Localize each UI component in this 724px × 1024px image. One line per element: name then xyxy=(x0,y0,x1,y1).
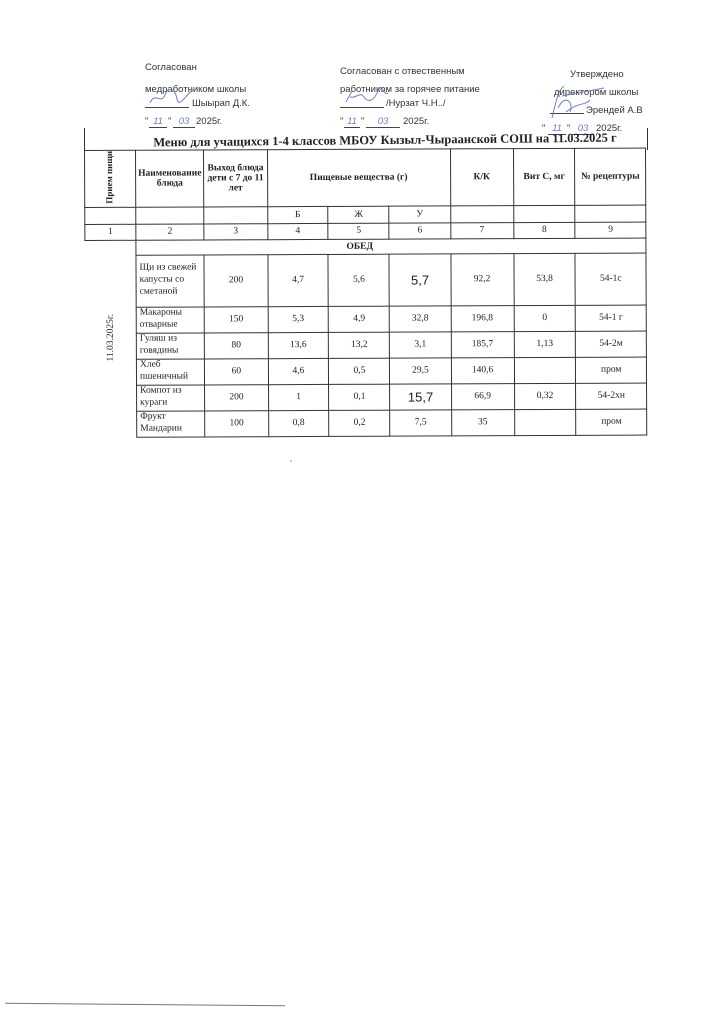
subheader-fat: Ж xyxy=(328,206,389,223)
recipe-number: 54-2хн xyxy=(576,383,647,409)
fat: 4,9 xyxy=(329,306,390,332)
vitamin-c xyxy=(514,357,576,383)
fat: 13,2 xyxy=(329,332,390,358)
recipe-number: 54-2м xyxy=(576,331,647,357)
table-row: Компот из кураги 200 1 0,1 15,7 66,9 0,3… xyxy=(86,383,647,411)
header-row: Прием пищи Наименование блюда Выход блюд… xyxy=(85,148,646,207)
fat: 0,2 xyxy=(329,410,390,436)
protein: 4,6 xyxy=(268,358,329,384)
carbs: 32,8 xyxy=(390,306,451,332)
dish-name: Макароны отварные xyxy=(136,307,204,333)
table-row: Макароны отварные 150 5,3 4,9 32,8 196,8… xyxy=(85,305,646,333)
col-header-meal: Прием пищи xyxy=(85,150,136,207)
signature-icon xyxy=(544,82,614,122)
col-header-nutrients: Пищевые вещества (г) xyxy=(267,149,450,207)
approval-label: Утверждено xyxy=(570,70,624,80)
recipe-number: пром xyxy=(576,357,647,383)
column-number: 7 xyxy=(450,222,513,238)
protein: 4,7 xyxy=(267,254,328,306)
column-number: 3 xyxy=(204,223,267,239)
column-number: 2 xyxy=(136,224,204,240)
meal-date: 11.03.2025г. xyxy=(85,240,137,437)
approval-name: Шыырап Д.К. xyxy=(192,99,250,109)
menu-table: Прием пищи Наименование блюда Выход блюд… xyxy=(84,148,647,438)
recipe-number: пром xyxy=(576,409,647,435)
recipe-number: 54-1 г xyxy=(576,305,647,331)
protein: 1 xyxy=(268,384,329,410)
date-year: 2025г. xyxy=(196,117,222,127)
column-number: 4 xyxy=(267,223,328,239)
protein: 13,6 xyxy=(268,332,329,358)
dish-name: Щи из свежей капусты со сметаной xyxy=(136,255,205,307)
portion: 100 xyxy=(205,410,268,436)
table-row: Фрукт Мандарин 100 0,8 0,2 7,5 35 пром xyxy=(86,409,647,437)
date-month: 03 xyxy=(173,117,195,128)
col-header-dish: Наименование блюда xyxy=(136,150,205,207)
kcal: 35 xyxy=(451,409,514,435)
kcal: 140,6 xyxy=(451,357,514,383)
subheader-carbs: У xyxy=(389,206,450,223)
date-month: 03 xyxy=(366,117,400,128)
date-year: 2025г. xyxy=(403,117,429,127)
column-number: 6 xyxy=(389,223,450,239)
column-number: 1 xyxy=(85,224,136,240)
dish-name: Компот из кураги xyxy=(137,385,205,411)
col-header-recipe: № рецептуры xyxy=(575,148,646,205)
table-row: Гуляш из говядины 80 13,6 13,2 3,1 185,7… xyxy=(85,331,646,359)
approval-name: Эрендей А.В xyxy=(586,106,643,116)
carbs: 29,5 xyxy=(390,358,451,384)
signature-icon xyxy=(342,87,390,109)
protein: 5,3 xyxy=(268,306,329,332)
dish-name: Хлеб пшеничный xyxy=(136,359,204,385)
carbs: 5,7 xyxy=(389,254,450,306)
approval-label: Согласован xyxy=(145,63,197,73)
col-header-portion: Выход блюда дети с 7 до 11 лет xyxy=(204,150,267,207)
column-number: 9 xyxy=(575,222,646,238)
portion: 150 xyxy=(205,306,268,332)
fat: 0,5 xyxy=(329,358,390,384)
approval-food-officer: Согласован с отвественным работником за … xyxy=(340,67,530,133)
portion: 200 xyxy=(205,384,268,410)
kcal: 66,9 xyxy=(451,383,514,409)
vitamin-c: 0,32 xyxy=(514,383,576,409)
vitamin-c xyxy=(514,409,576,435)
portion: 60 xyxy=(205,358,268,384)
scan-speck xyxy=(290,460,292,462)
approval-director: Утверждено директором школы Эрендей А.В … xyxy=(540,70,670,134)
vitamin-c: 53,8 xyxy=(514,253,576,305)
bottom-rule xyxy=(5,1003,285,1006)
table-row: Хлеб пшеничный 60 4,6 0,5 29,5 140,6 про… xyxy=(85,357,646,385)
table-row: Щи из свежей капусты со сметаной 200 4,7… xyxy=(85,253,646,307)
approval-medical: Согласован медработником школы Шыырап Д.… xyxy=(145,63,325,133)
carbs: 3,1 xyxy=(390,332,451,358)
vitamin-c: 0 xyxy=(514,305,576,331)
column-number: 5 xyxy=(328,223,389,239)
recipe-number: 54-1с xyxy=(575,253,646,305)
portion: 80 xyxy=(205,332,268,358)
approval-name: /Нурзат Ч.Н../ xyxy=(386,99,446,109)
col-header-vitc: Вит С, мг xyxy=(513,148,575,205)
kcal: 185,7 xyxy=(451,331,514,357)
carbs: 15,7 xyxy=(390,384,451,410)
carbs: 7,5 xyxy=(390,410,451,436)
column-number: 8 xyxy=(513,222,575,238)
date-day: 11 xyxy=(344,117,360,128)
approval-label: Согласован с отвественным xyxy=(340,67,465,77)
vitamin-c: 1,13 xyxy=(514,331,576,357)
table-frame-left xyxy=(84,128,85,150)
col-header-kcal: К/К xyxy=(450,149,513,206)
dish-name: Гуляш из говядины xyxy=(136,333,204,359)
signature-icon xyxy=(147,87,195,109)
fat: 0,1 xyxy=(329,384,390,410)
protein: 0,8 xyxy=(268,410,329,436)
table-frame-right xyxy=(647,128,648,150)
portion: 200 xyxy=(204,254,267,306)
dish-name: Фрукт Мандарин xyxy=(137,411,205,437)
fat: 5,6 xyxy=(328,254,389,306)
subheader-protein: Б xyxy=(267,206,328,223)
kcal: 196,8 xyxy=(451,305,514,331)
kcal: 92,2 xyxy=(451,253,514,305)
date-day: 11 xyxy=(149,117,167,128)
